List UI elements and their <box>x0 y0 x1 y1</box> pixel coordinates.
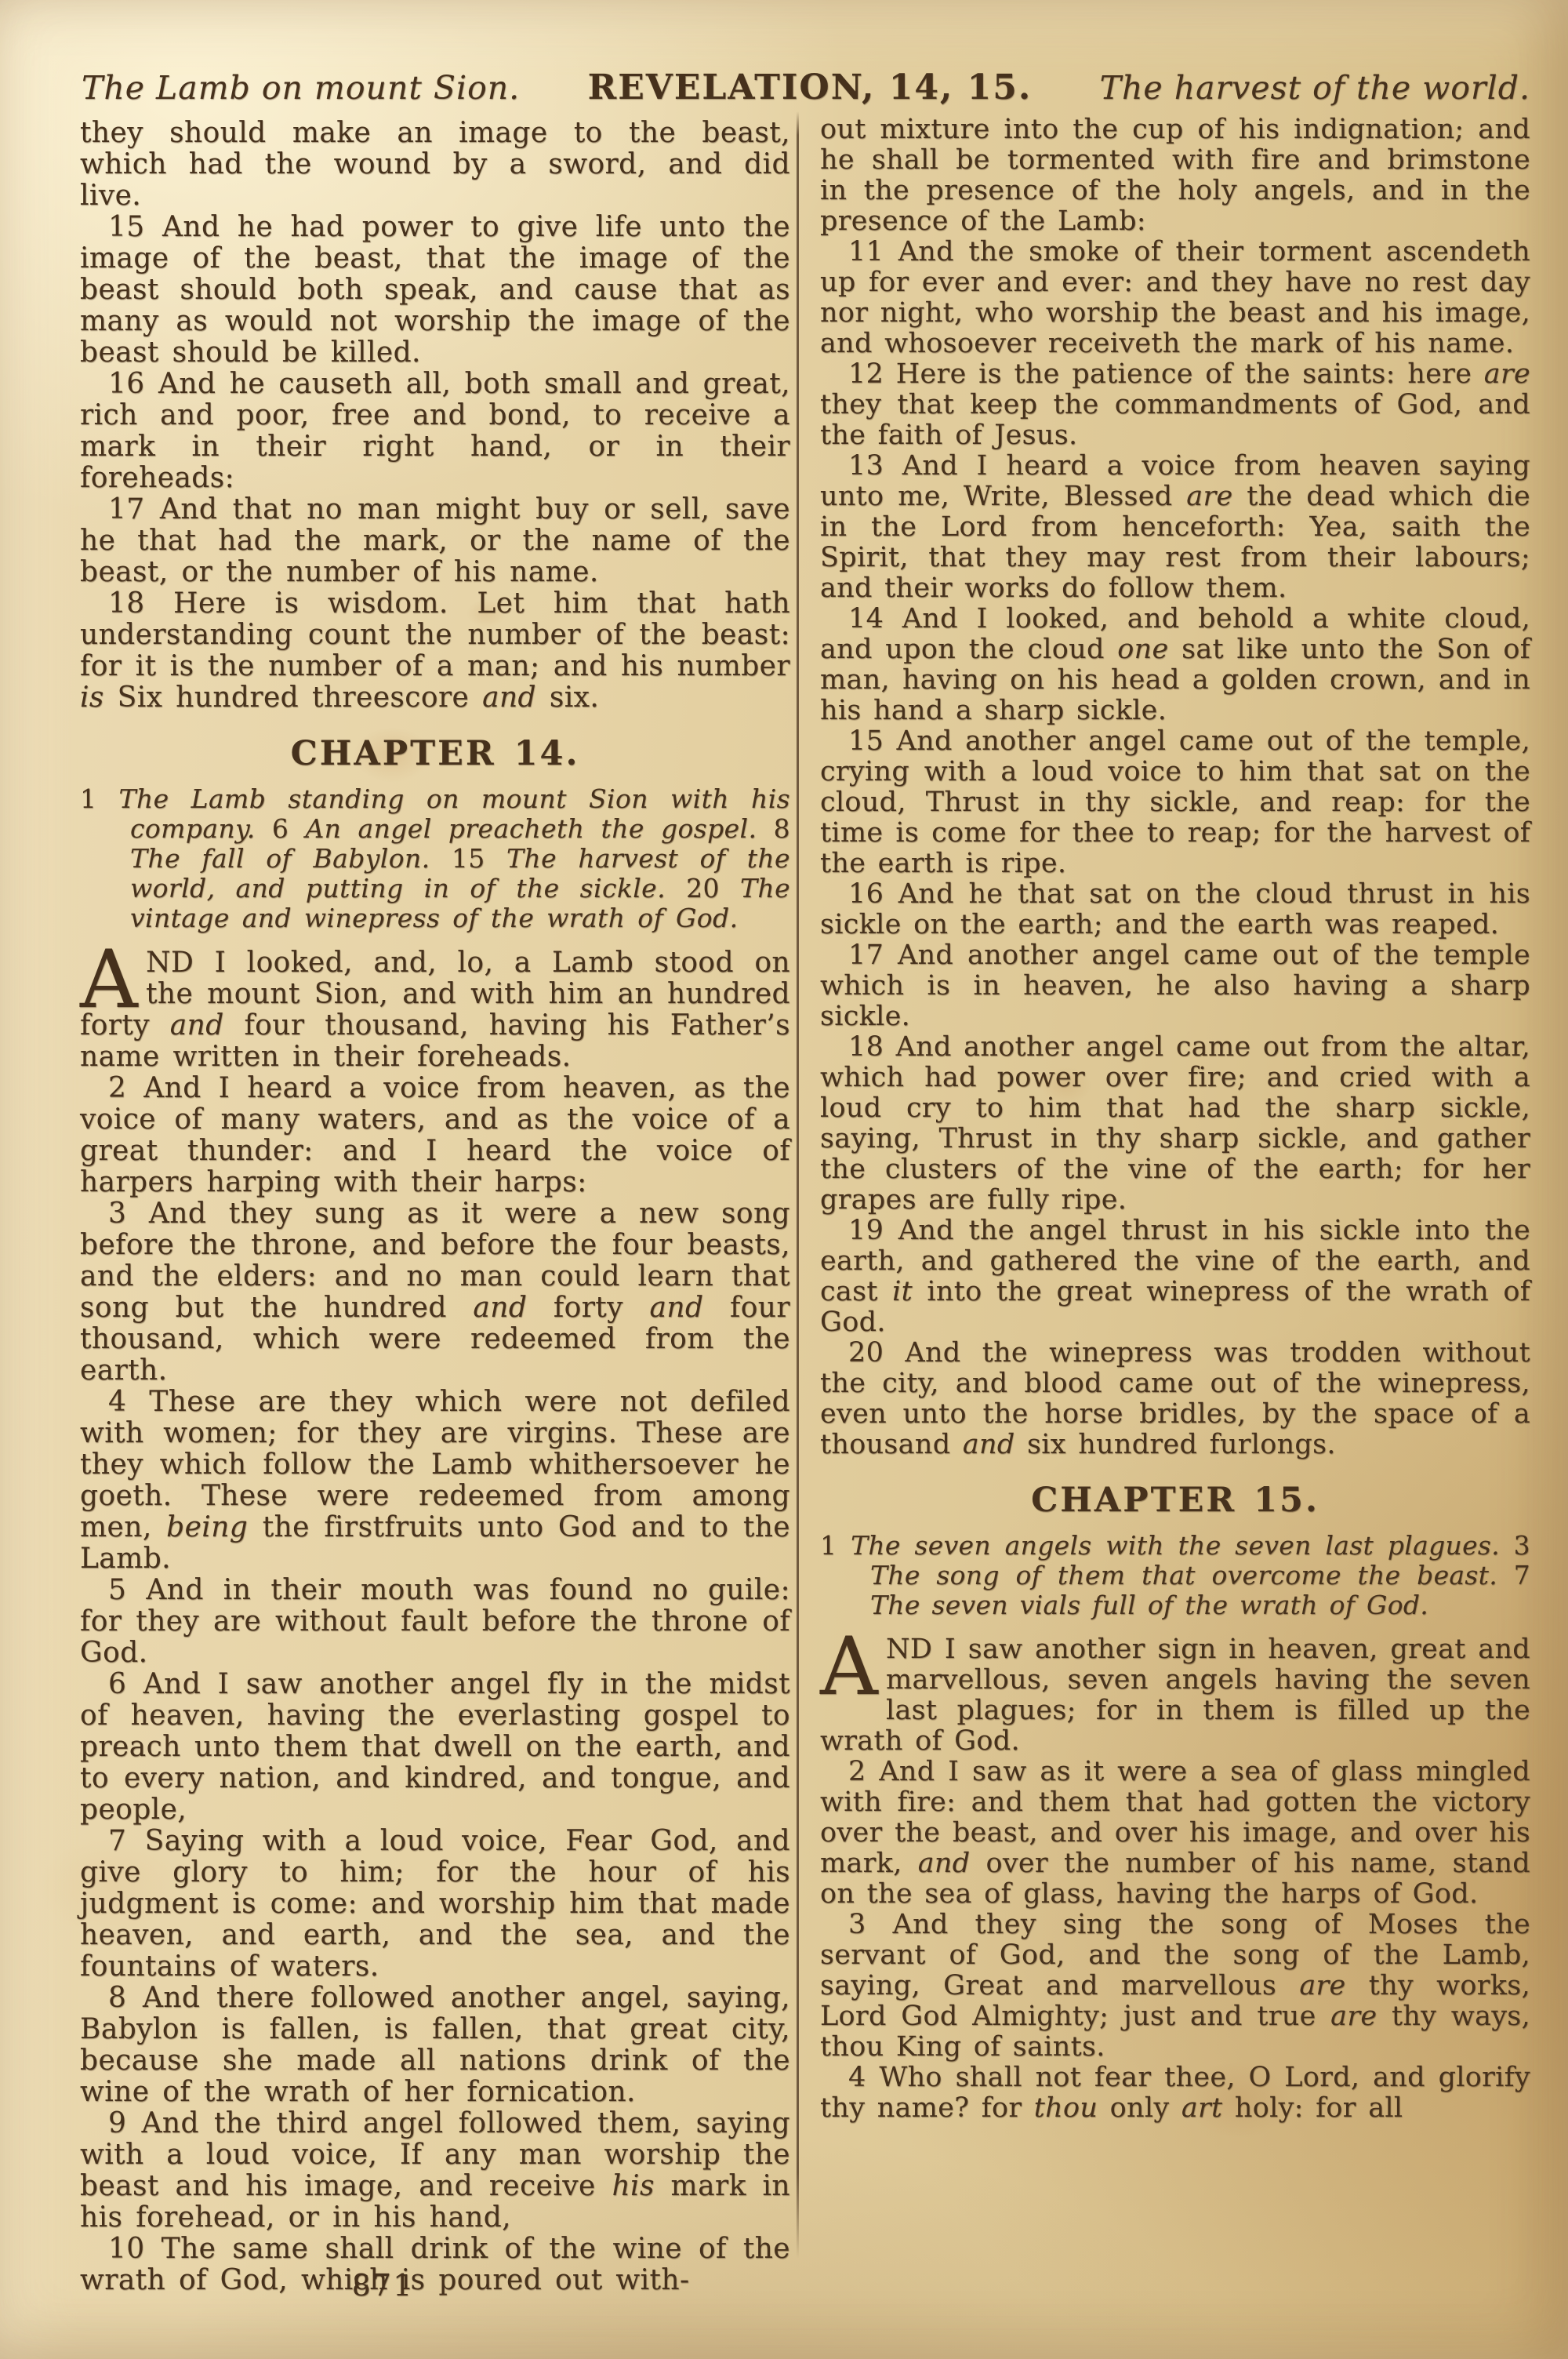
verse-paragraph: 11 And the smoke of their torment ascend… <box>820 237 1530 359</box>
text-run: 12 Here is the patience of the saints: h… <box>848 358 1484 390</box>
italic-text-run: are <box>1484 358 1530 390</box>
verse-paragraph: 6 And I saw another angel fly in the mid… <box>80 1669 790 1826</box>
text-run: 7 <box>1497 1560 1530 1590</box>
text-run: forty <box>527 1292 649 1324</box>
verse-paragraph: 19 And the angel thrust in his sickle in… <box>820 1216 1530 1338</box>
verse-paragraph: 13 And I heard a voice from heaven sayin… <box>820 451 1530 604</box>
text-run: holy: for all <box>1222 2092 1403 2124</box>
italic-text-run: The seven vials full of the wrath of God… <box>870 1590 1428 1620</box>
text-run: 2 And I heard a voice from heaven, as th… <box>80 1072 790 1198</box>
verse-paragraph: 9 And the third angel followed them, say… <box>80 2108 790 2234</box>
verse-paragraph: 7 Saying with a loud voice, Fear God, an… <box>80 1826 790 1983</box>
italic-text-run: and <box>482 682 536 714</box>
verse-paragraph: 17 And that no man might buy or sell, sa… <box>80 494 790 588</box>
text-run: only <box>1098 2092 1181 2124</box>
verse-paragraph: 18 And another angel came out from the a… <box>820 1032 1530 1216</box>
text-run: ND I saw another sign in heaven, great a… <box>820 1634 1530 1757</box>
text-run: 16 And he causeth all, both small and gr… <box>80 368 790 494</box>
verse-paragraph: 16 And he that sat on the cloud thrust i… <box>820 879 1530 940</box>
text-run: 17 And another angel came out of the tem… <box>820 940 1530 1032</box>
italic-text-run: are <box>1186 481 1232 512</box>
text-run: 6 <box>256 813 306 844</box>
italic-text-run: The fall of Babylon. <box>130 843 430 874</box>
verse-paragraph: out mixture into the cup of his indignat… <box>820 114 1530 237</box>
verse-paragraph: 12 Here is the patience of the saints: h… <box>820 359 1530 451</box>
text-run: Six hundred threescore <box>104 682 482 714</box>
text-run: 16 And he that sat on the cloud thrust i… <box>820 878 1530 940</box>
chapter-summary: 1 The Lamb standing on mount Sion with h… <box>80 784 790 933</box>
text-run: 1 <box>820 1530 851 1561</box>
text-run: 8 <box>757 813 790 844</box>
italic-text-run: and <box>170 1009 224 1041</box>
text-run: they should make an image to the beast, … <box>80 117 790 212</box>
text-run: 1 <box>80 783 119 814</box>
text-run: 18 Here is wisdom. Let him that hath und… <box>80 587 790 682</box>
column-divider-rule <box>797 111 799 2259</box>
italic-text-run: An angel preacheth the gospel. <box>305 813 757 844</box>
verse-paragraph-dropcap: AND I looked, and, lo, a Lamb stood on t… <box>80 947 790 1073</box>
italic-text-run: art <box>1181 2092 1223 2124</box>
running-head-left: The Lamb on mount Sion. <box>82 69 520 107</box>
italic-text-run: and <box>918 1848 971 1879</box>
italic-text-run: The song of them that overcome the beast… <box>870 1560 1497 1590</box>
running-head-center: REVELATION, 14, 15. <box>588 67 1033 107</box>
text-run: 18 And another angel came out from the a… <box>820 1031 1530 1216</box>
drop-cap-letter: A <box>80 947 146 1010</box>
verse-paragraph: 4 Who shall not fear thee, O Lord, and g… <box>820 2063 1530 2124</box>
italic-text-run: and <box>473 1292 527 1324</box>
text-column-right: out mixture into the cup of his indignat… <box>820 114 1530 2124</box>
text-run: 17 And that no man might buy or sell, sa… <box>80 493 790 588</box>
verse-paragraph-dropcap: AND I saw another sign in heaven, great … <box>820 1634 1530 1757</box>
text-run: 3 <box>1500 1530 1530 1561</box>
text-run: 7 Saying with a loud voice, Fear God, an… <box>80 1825 790 1983</box>
verse-paragraph: 17 And another angel came out of the tem… <box>820 940 1530 1032</box>
verse-paragraph: 5 And in their mouth was found no guile:… <box>80 1575 790 1669</box>
verse-paragraph: 3 And they sing the song of Moses the se… <box>820 1910 1530 2063</box>
text-run: 15 And another angel came out of the tem… <box>820 725 1530 879</box>
italic-text-run: is <box>80 682 104 714</box>
text-column-left: they should make an image to the beast, … <box>80 118 790 2296</box>
verse-paragraph: 3 And they sung as it were a new song be… <box>80 1198 790 1387</box>
text-run: into the great winepress of the wrath of… <box>820 1276 1530 1338</box>
italic-text-run: and <box>650 1292 704 1324</box>
text-run: 6 And I saw another angel fly in the mid… <box>80 1668 790 1826</box>
running-head-right: The harvest of the world. <box>1100 69 1530 107</box>
chapter-summary: 1 The seven angels with the seven last p… <box>820 1531 1530 1620</box>
verse-paragraph: 15 And another angel came out of the tem… <box>820 726 1530 879</box>
verse-paragraph: they should make an image to the beast, … <box>80 118 790 212</box>
chapter-heading: CHAPTER 14. <box>80 736 790 772</box>
running-head: The Lamb on mount Sion. REVELATION, 14, … <box>82 67 1530 107</box>
italic-text-run: are <box>1299 1970 1345 2001</box>
text-run: six hundred furlongs. <box>1015 1429 1336 1460</box>
text-run: six. <box>536 682 599 714</box>
text-run: 15 <box>430 843 506 874</box>
italic-text-run: one <box>1117 634 1168 665</box>
italic-text-run: his <box>612 2170 654 2202</box>
text-run: 8 And there followed another angel, sayi… <box>80 1982 790 2108</box>
verse-paragraph: 20 And the winepress was trodden without… <box>820 1338 1530 1460</box>
verse-paragraph: 15 And he had power to give life unto th… <box>80 212 790 369</box>
verse-paragraph: 2 And I heard a voice from heaven, as th… <box>80 1073 790 1198</box>
italic-text-run: being <box>166 1511 248 1543</box>
drop-cap-letter: A <box>820 1634 886 1697</box>
text-run: 11 And the smoke of their torment ascend… <box>820 236 1530 359</box>
chapter-heading: CHAPTER 15. <box>820 1482 1530 1518</box>
scanned-bible-page: The Lamb on mount Sion. REVELATION, 14, … <box>0 0 1568 2359</box>
italic-text-run: and <box>963 1429 1015 1460</box>
text-run: 5 And in their mouth was found no guile:… <box>80 1574 790 1669</box>
verse-paragraph: 16 And he causeth all, both small and gr… <box>80 369 790 494</box>
verse-paragraph: 2 And I saw as it were a sea of glass mi… <box>820 1757 1530 1910</box>
text-run: out mixture into the cup of his indignat… <box>820 114 1530 237</box>
italic-text-run: thou <box>1034 2092 1098 2124</box>
text-run: 15 And he had power to give life unto th… <box>80 211 790 369</box>
italic-text-run: it <box>892 1276 913 1307</box>
text-run: 20 <box>666 873 740 903</box>
verse-paragraph: 8 And there followed another angel, sayi… <box>80 1983 790 2108</box>
italic-text-run: The seven angels with the seven last pla… <box>851 1530 1500 1561</box>
verse-paragraph: 14 And I looked, and behold a white clou… <box>820 604 1530 726</box>
page-number: 871 <box>304 2268 461 2303</box>
verse-paragraph: 4 These are they which were not defiled … <box>80 1387 790 1575</box>
italic-text-run: are <box>1330 2001 1377 2032</box>
text-run: they that keep the commandments of God, … <box>820 389 1530 451</box>
verse-paragraph: 18 Here is wisdom. Let him that hath und… <box>80 588 790 714</box>
